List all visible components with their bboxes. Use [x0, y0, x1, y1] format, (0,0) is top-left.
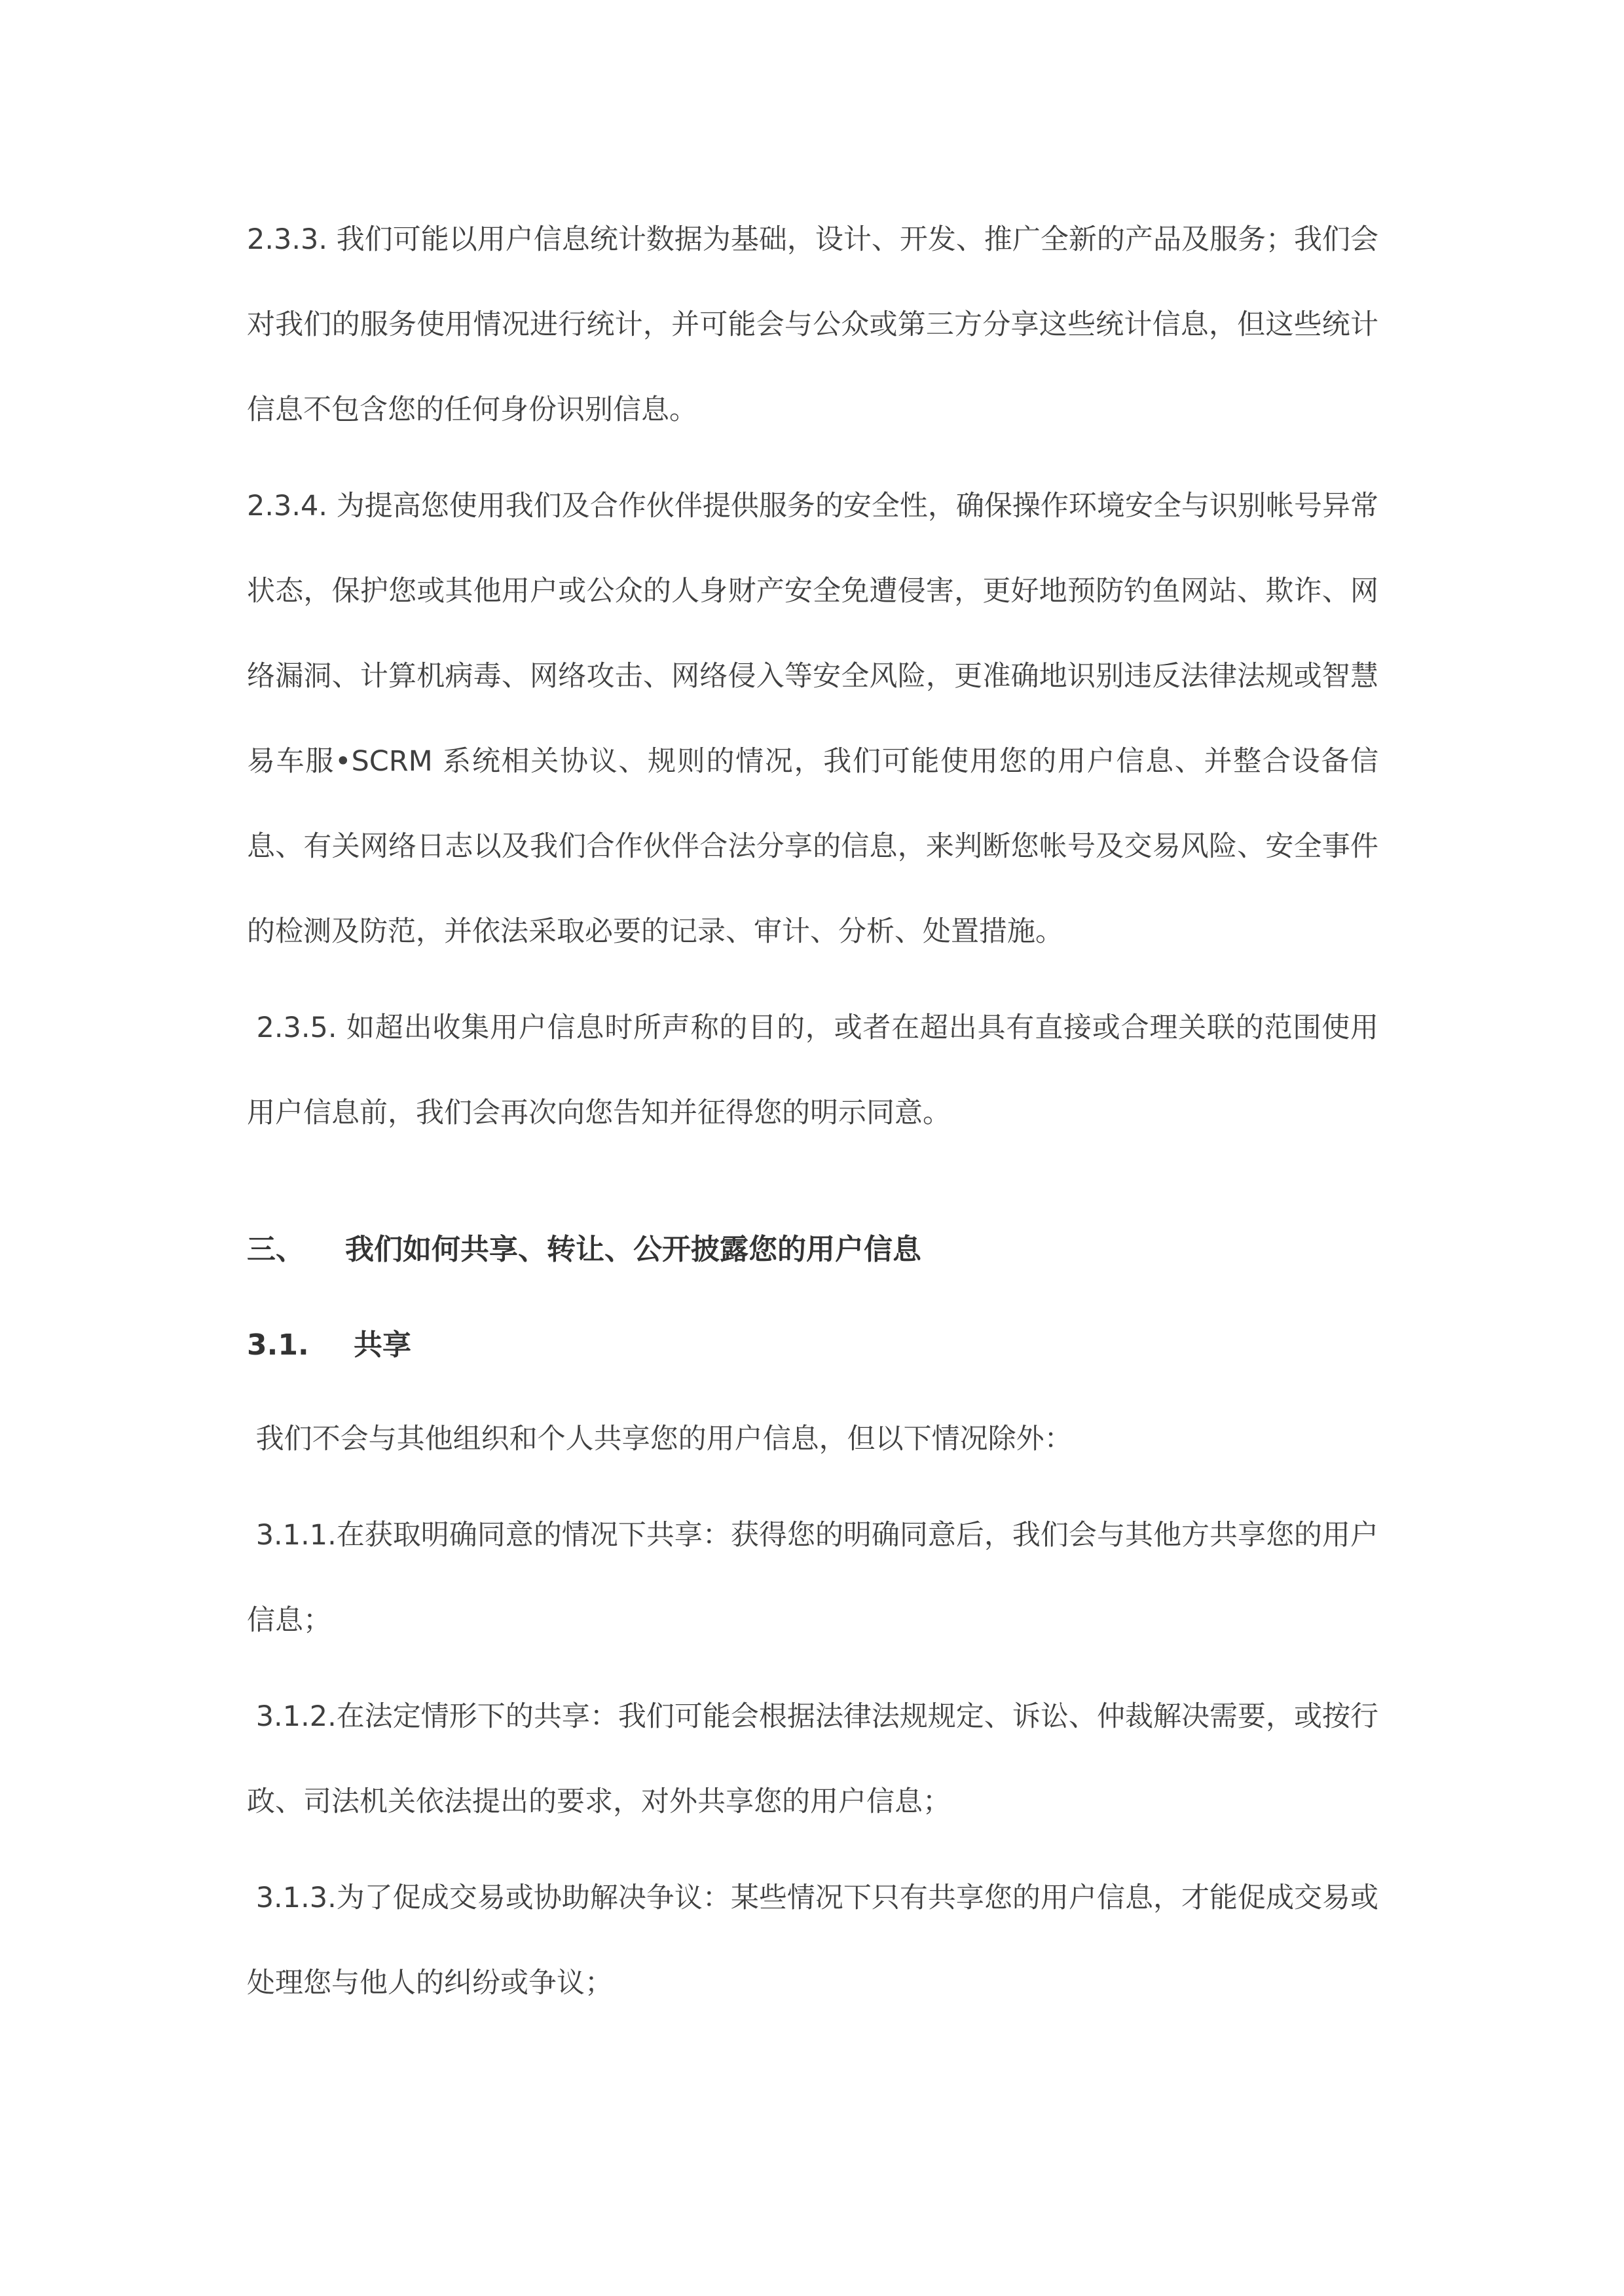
clause-2-3-5: 2.3.5. 如超出收集用户信息时所声称的目的，或者在超出具有直接或合理关联的范… — [247, 985, 1378, 1156]
clause-2-3-3: 2.3.3. 我们可能以用户信息统计数据为基础，设计、开发、推广全新的产品及服务… — [247, 197, 1378, 452]
clause-3-1-1: 3.1.1.在获取明确同意的情况下共享：获得您的明确同意后，我们会与其他方共享您… — [247, 1493, 1378, 1663]
clause-3-1-2: 3.1.2.在法定情形下的共享：我们可能会根据法律法规规定、诉讼、仲裁解决需要，… — [247, 1674, 1378, 1844]
subsection-heading-3-1: 3.1.共享 — [247, 1303, 1378, 1388]
section-3-number: 三、 — [247, 1207, 345, 1292]
subsection-3-1-title: 共享 — [354, 1328, 411, 1362]
section-3-title: 我们如何共享、转让、公开披露您的用户信息 — [345, 1233, 921, 1266]
document-page: 2.3.3. 我们可能以用户信息统计数据为基础，设计、开发、推广全新的产品及服务… — [0, 0, 1624, 2296]
section-heading-3: 三、我们如何共享、转让、公开披露您的用户信息 — [247, 1207, 1378, 1292]
sharing-intro-paragraph: 我们不会与其他组织和个人共享您的用户信息，但以下情况除外： — [247, 1396, 1378, 1482]
subsection-3-1-number: 3.1. — [247, 1303, 354, 1388]
clause-2-3-4: 2.3.4. 为提高您使用我们及合作伙伴提供服务的安全性，确保操作环境安全与识别… — [247, 464, 1378, 974]
clause-3-1-3: 3.1.3.为了促成交易或协助解决争议：某些情况下只有共享您的用户信息，才能促成… — [247, 1855, 1378, 2026]
